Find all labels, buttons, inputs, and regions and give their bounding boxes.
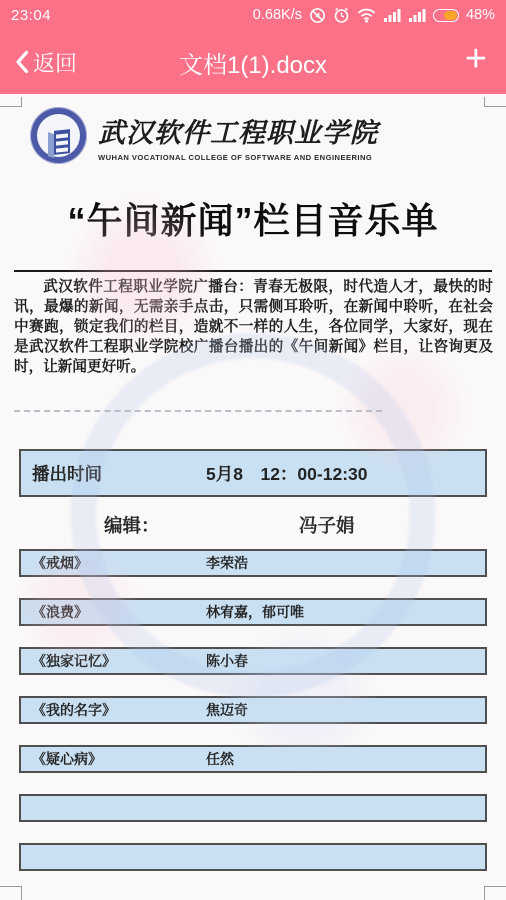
back-button[interactable]: 返回	[15, 47, 77, 78]
broadcast-time-label: 播出时间	[21, 461, 206, 486]
page-corner-mark	[484, 97, 506, 107]
phone-screen: 23:04 0.68K/s	[0, 0, 506, 900]
song-title: 《戒烟》	[21, 553, 206, 573]
song-title: 《浪费》	[21, 602, 206, 622]
battery-level	[444, 11, 457, 20]
song-artist: 李荣浩	[206, 553, 485, 573]
table-row-song: 《戒烟》 李荣浩	[19, 549, 487, 577]
school-header: 武汉软件工程职业学院 WUHAN VOCATIONAL COLLEGE OF S…	[0, 94, 506, 169]
book-icon	[54, 129, 70, 155]
school-name-chinese: 武汉软件工程职业学院	[98, 111, 378, 150]
editor-row: 编辑： 冯子娟	[19, 510, 487, 540]
broadcast-time-value: 5月8 12：00-12:30	[206, 461, 485, 486]
signal-icon	[408, 8, 426, 22]
song-artist: 焦迈奇	[206, 700, 485, 720]
table-row-song: 《浪费》 林宥嘉，郁可唯	[19, 598, 487, 626]
page-corner-mark	[0, 886, 22, 900]
table-row-song: 《我的名字》 焦迈奇	[19, 696, 487, 724]
page-corner-mark	[484, 886, 506, 900]
page-title: “午间新闻”栏目音乐单	[0, 193, 506, 244]
table-row-song: 《独家记忆》 陈小春	[19, 647, 487, 675]
document-page[interactable]: 武汉软件工程职业学院 WUHAN VOCATIONAL COLLEGE OF S…	[0, 94, 506, 900]
alarm-clock-icon	[333, 7, 350, 24]
network-speed: 0.68K/s	[253, 7, 302, 23]
clock-time: 23:04	[11, 7, 51, 24]
status-icons: 0.68K/s	[253, 7, 495, 24]
back-button-label: 返回	[33, 47, 77, 78]
school-names: 武汉软件工程职业学院 WUHAN VOCATIONAL COLLEGE OF S…	[98, 107, 378, 162]
song-title: 《我的名字》	[21, 700, 206, 720]
battery-percent: 48%	[466, 7, 495, 23]
table-row-broadcast-time: 播出时间 5月8 12：00-12:30	[19, 449, 487, 497]
editor-name: 冯子娟	[299, 512, 355, 538]
mute-icon	[309, 7, 326, 24]
page-corner-mark	[0, 97, 22, 107]
status-bar: 23:04 0.68K/s	[0, 0, 506, 30]
school-logo-inner	[37, 114, 80, 157]
add-button[interactable]: +	[461, 40, 491, 84]
wifi-icon	[357, 8, 376, 23]
song-title: 《疑心病》	[21, 749, 206, 769]
song-artist: 任然	[206, 749, 485, 769]
dashed-divider	[14, 410, 382, 412]
song-artist: 陈小春	[206, 651, 485, 671]
nav-bar: 返回 文档1(1).docx +	[0, 30, 506, 94]
school-name-english: WUHAN VOCATIONAL COLLEGE OF SOFTWARE AND…	[98, 153, 378, 162]
signal-icon	[383, 8, 401, 22]
table-row-empty	[19, 843, 487, 871]
horizontal-rule	[14, 270, 492, 272]
chevron-left-icon	[15, 50, 29, 74]
table-row-song: 《疑心病》 任然	[19, 745, 487, 773]
battery-icon	[433, 9, 459, 22]
song-title: 《独家记忆》	[21, 651, 206, 671]
song-artist: 林宥嘉，郁可唯	[206, 602, 485, 622]
editor-label: 编辑：	[19, 512, 299, 538]
intro-paragraph: 武汉软件工程职业学院广播台：青春无极限，时代造人才，最快的时讯，最爆的新闻，无需…	[14, 277, 493, 377]
school-logo-icon	[30, 107, 87, 164]
table-row-empty	[19, 794, 487, 822]
